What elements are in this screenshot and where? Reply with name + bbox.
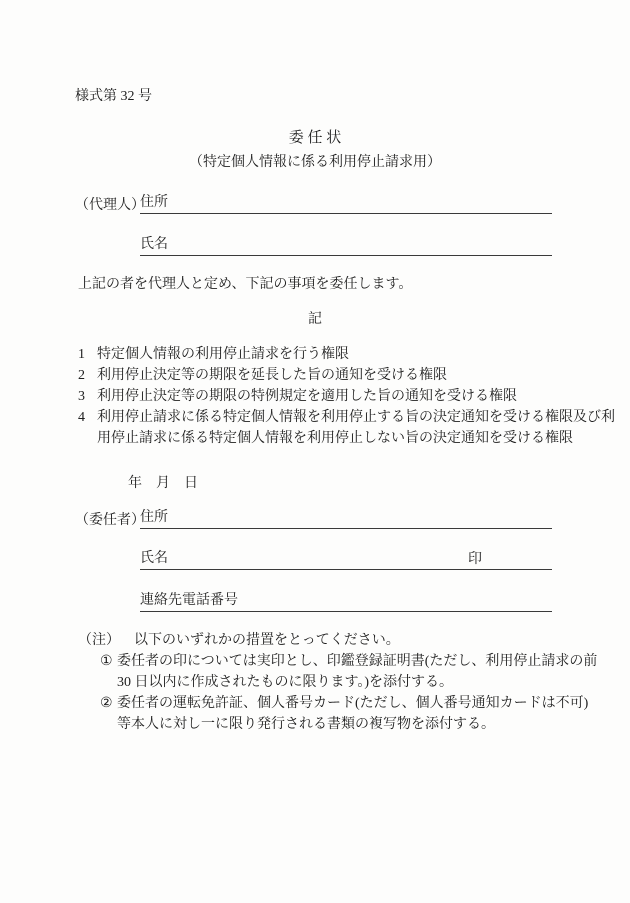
delegated-item: 2 利用停止決定等の期限を延長した旨の通知を受ける権限 bbox=[78, 365, 618, 386]
note-item: ② 委任者の運転免許証、個人番号カード(ただし、個人番号通知カードは不可)等本人… bbox=[78, 693, 600, 735]
note-header: （注）以下のいずれかの措置をとってください。 bbox=[78, 630, 600, 651]
delegated-item-number: 1 bbox=[78, 344, 85, 365]
agent-address-blank: 住所 bbox=[140, 194, 552, 214]
delegated-item-text: 利用停止請求に係る特定個人情報を利用停止する旨の決定通知を受ける権限及び利用停止… bbox=[97, 410, 615, 446]
declaration-text: 上記の者を代理人と定め、下記の事項を委任します。 bbox=[78, 276, 412, 293]
document-page: 様式第 32 号 委 任 状 （特定個人情報に係る利用停止請求用） （代理人） … bbox=[0, 0, 630, 903]
delegated-item-number: 4 bbox=[78, 407, 85, 428]
delegated-item: 4 利用停止請求に係る特定個人情報を利用停止する旨の決定通知を受ける権限及び利用… bbox=[78, 407, 618, 449]
principal-address-label: 住所 bbox=[140, 510, 168, 525]
agent-address-row: （代理人） 住所 bbox=[75, 196, 552, 214]
note-item-text: 委任者の印については実印とし、印鑑登録証明書(ただし、利用停止請求の前30 日以… bbox=[117, 654, 597, 690]
principal-name-row: 氏名印 bbox=[140, 552, 552, 570]
agent-address-label: 住所 bbox=[140, 195, 168, 210]
principal-address-row: （委任者） 住所 bbox=[75, 511, 552, 529]
delegated-item-text: 特定個人情報の利用停止請求を行う権限 bbox=[97, 347, 349, 362]
delegated-item: 3 利用停止決定等の期限の特例規定を適用した旨の通知を受ける権限 bbox=[78, 386, 618, 407]
delegated-item-text: 利用停止決定等の期限の特例規定を適用した旨の通知を受ける権限 bbox=[97, 389, 517, 404]
note-item-text: 委任者の運転免許証、個人番号カード(ただし、個人番号通知カードは不可)等本人に対… bbox=[117, 696, 588, 732]
note-item: ① 委任者の印については実印とし、印鑑登録証明書(ただし、利用停止請求の前30 … bbox=[78, 651, 600, 693]
principal-name-blank: 氏名印 bbox=[140, 550, 552, 570]
agent-name-row: 氏名 bbox=[140, 238, 552, 256]
agent-name-label: 氏名 bbox=[140, 237, 168, 252]
principal-phone-label: 連絡先電話番号 bbox=[140, 593, 238, 608]
delegated-item: 1 特定個人情報の利用停止請求を行う権限 bbox=[78, 344, 618, 365]
form-number: 様式第 32 号 bbox=[75, 88, 152, 105]
agent-name-blank: 氏名 bbox=[140, 236, 552, 256]
delegated-item-number: 3 bbox=[78, 386, 85, 407]
date-line: 年 月 日 bbox=[128, 475, 198, 492]
principal-role-label: （委任者） bbox=[75, 512, 140, 529]
document-title: 委 任 状 bbox=[0, 130, 630, 147]
note-intro: 以下のいずれかの措置をとってください。 bbox=[134, 633, 400, 648]
principal-phone-row: 連絡先電話番号 bbox=[140, 594, 552, 612]
delegated-item-number: 2 bbox=[78, 365, 85, 386]
principal-name-label: 氏名 bbox=[140, 551, 168, 566]
notes-section: （注）以下のいずれかの措置をとってください。 ① 委任者の印については実印とし、… bbox=[78, 630, 600, 735]
note-label: （注） bbox=[78, 633, 120, 648]
agent-role-label: （代理人） bbox=[75, 197, 140, 214]
seal-mark-label: 印 bbox=[468, 551, 482, 568]
list-header: 記 bbox=[0, 311, 630, 328]
principal-phone-blank: 連絡先電話番号 bbox=[140, 592, 552, 612]
document-subtitle: （特定個人情報に係る利用停止請求用） bbox=[0, 154, 630, 171]
note-item-number: ② bbox=[100, 693, 113, 714]
principal-address-blank: 住所 bbox=[140, 509, 552, 529]
note-item-number: ① bbox=[100, 651, 113, 672]
delegated-items-list: 1 特定個人情報の利用停止請求を行う権限 2 利用停止決定等の期限を延長した旨の… bbox=[78, 344, 618, 449]
delegated-item-text: 利用停止決定等の期限を延長した旨の通知を受ける権限 bbox=[97, 368, 447, 383]
